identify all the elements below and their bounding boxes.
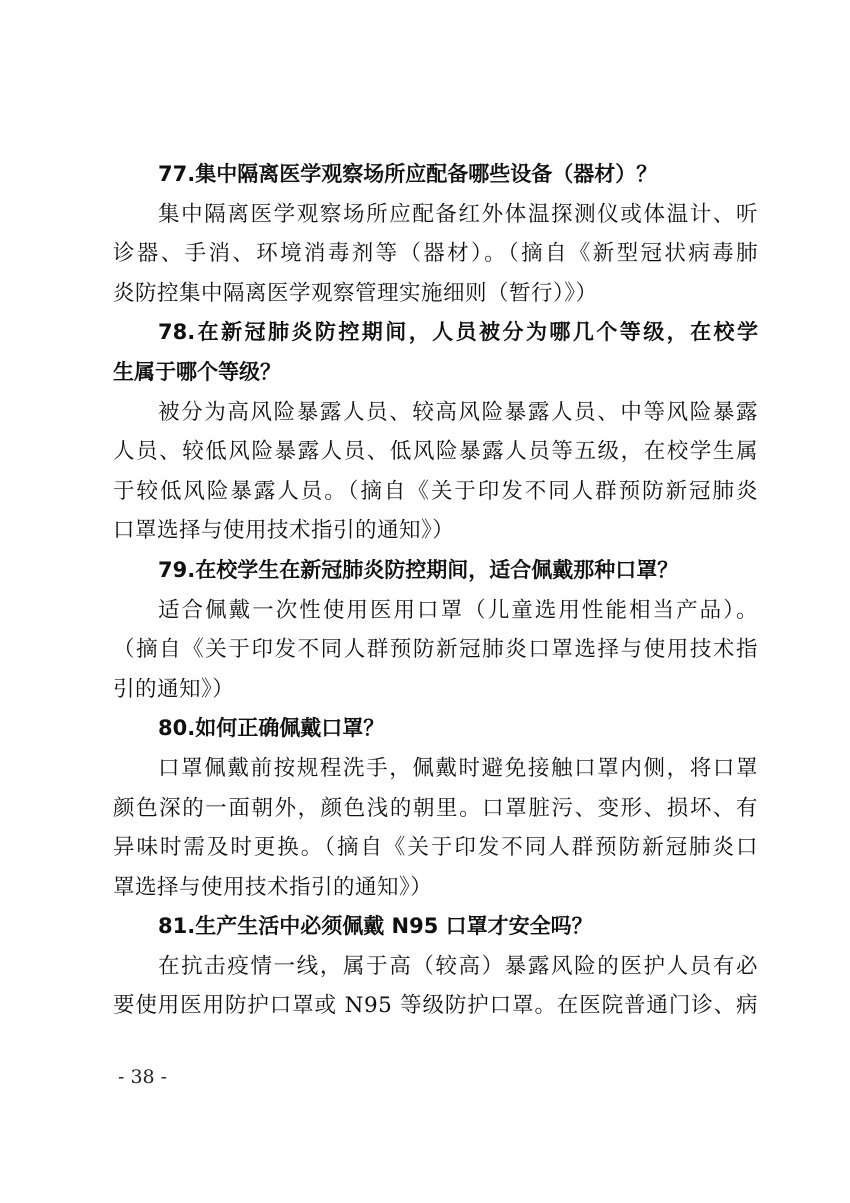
qa-item-80: 80.如何正确佩戴口罩？ 口罩佩戴前按规程洗手，佩戴时避免接触口罩内侧，将口罩 … bbox=[113, 709, 758, 907]
question-77: 77.集中隔离医学观察场所应配备哪些设备（器材）？ bbox=[113, 155, 758, 195]
question-81: 81.生产生活中必须佩戴 N95 口罩才安全吗？ bbox=[113, 907, 758, 947]
answer-78-line-2: 人员、较低风险暴露人员、低风险暴露人员等五级，在校学生属 bbox=[113, 432, 758, 472]
qa-item-78: 78.在新冠肺炎防控期间，人员被分为哪几个等级，在校学 生属于哪个等级？ 被分为… bbox=[113, 313, 758, 551]
qa-item-79: 79.在校学生在新冠肺炎防控期间，适合佩戴那种口罩？ 适合佩戴一次性使用医用口罩… bbox=[113, 551, 758, 709]
answer-80-line-1: 口罩佩戴前按规程洗手，佩戴时避免接触口罩内侧，将口罩 bbox=[113, 749, 758, 789]
answer-78-line-4: 口罩选择与使用技术指引的通知》） bbox=[113, 511, 758, 551]
answer-79-line-3: 引的通知》） bbox=[113, 670, 758, 710]
answer-78-line-1: 被分为高风险暴露人员、较高风险暴露人员、中等风险暴露 bbox=[113, 393, 758, 433]
answer-80-line-3: 异味时需及时更换。（摘自《关于印发不同人群预防新冠肺炎口 bbox=[113, 828, 758, 868]
qa-item-77: 77.集中隔离医学观察场所应配备哪些设备（器材）？ 集中隔离医学观察场所应配备红… bbox=[113, 155, 758, 313]
question-78-line-1: 78.在新冠肺炎防控期间，人员被分为哪几个等级，在校学 bbox=[113, 313, 758, 353]
answer-77-line-3: 炎防控集中隔离医学观察管理实施细则（暂行）》） bbox=[113, 274, 758, 314]
page-number: - 38 - bbox=[118, 1066, 167, 1088]
answer-80-line-4: 罩选择与使用技术指引的通知》） bbox=[113, 868, 758, 908]
answer-79-line-1: 适合佩戴一次性使用医用口罩（儿童选用性能相当产品）。 bbox=[113, 591, 758, 631]
question-78-line-2: 生属于哪个等级？ bbox=[113, 353, 758, 393]
answer-81-line-2: 要使用医用防护口罩或 N95 等级防护口罩。在医院普通门诊、病 bbox=[113, 986, 758, 1026]
answer-78-line-3: 于较低风险暴露人员。（摘自《关于印发不同人群预防新冠肺炎 bbox=[113, 472, 758, 512]
answer-79-line-2: （摘自《关于印发不同人群预防新冠肺炎口罩选择与使用技术指 bbox=[113, 630, 758, 670]
question-79: 79.在校学生在新冠肺炎防控期间，适合佩戴那种口罩？ bbox=[113, 551, 758, 591]
question-80: 80.如何正确佩戴口罩？ bbox=[113, 709, 758, 749]
document-body: 77.集中隔离医学观察场所应配备哪些设备（器材）？ 集中隔离医学观察场所应配备红… bbox=[113, 155, 758, 1026]
answer-80-line-2: 颜色深的一面朝外，颜色浅的朝里。口罩脏污、变形、损坏、有 bbox=[113, 789, 758, 829]
answer-77-line-2: 诊器、手消、环境消毒剂等（器材）。（摘自《新型冠状病毒肺 bbox=[113, 234, 758, 274]
qa-item-81: 81.生产生活中必须佩戴 N95 口罩才安全吗？ 在抗击疫情一线，属于高（较高）… bbox=[113, 907, 758, 1026]
answer-81-line-1: 在抗击疫情一线，属于高（较高）暴露风险的医护人员有必 bbox=[113, 947, 758, 987]
answer-77-line-1: 集中隔离医学观察场所应配备红外体温探测仪或体温计、听 bbox=[113, 195, 758, 235]
